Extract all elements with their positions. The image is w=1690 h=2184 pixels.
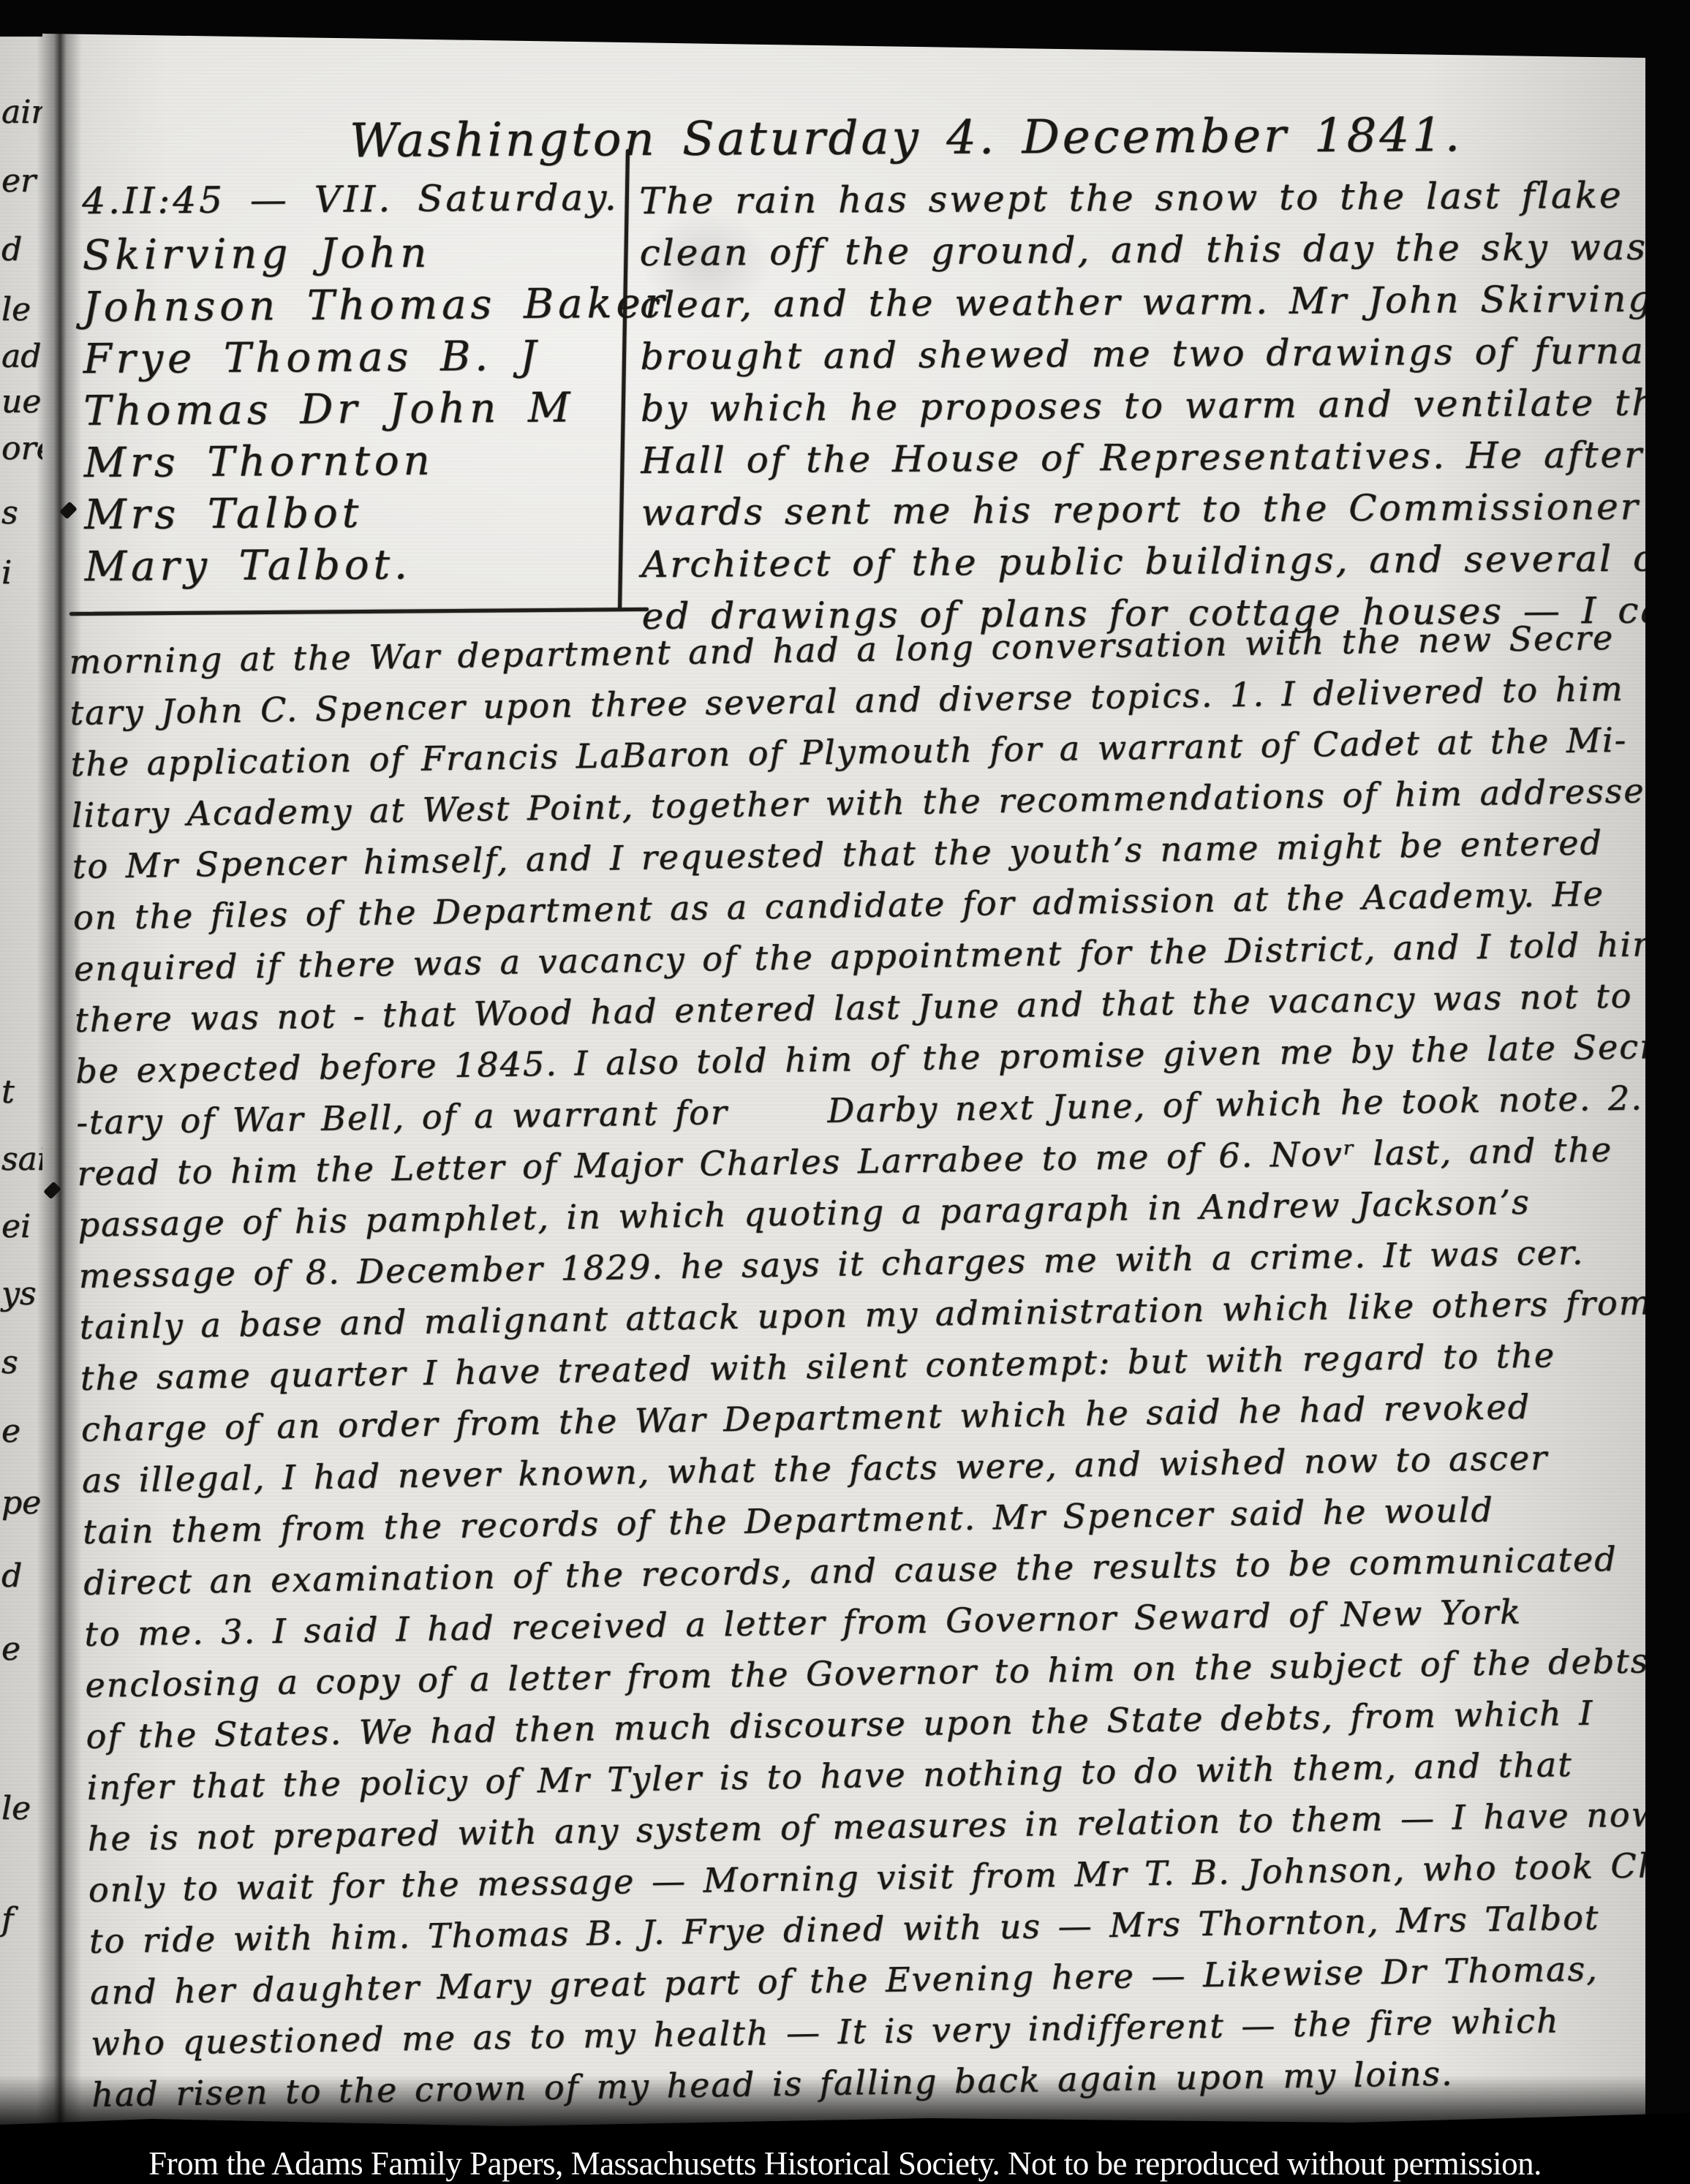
manuscript-line: clear, and the weather warm. Mr John Ski… xyxy=(640,278,1649,336)
visitor-name-line: Mary Talbot. xyxy=(84,539,671,595)
edge-fragment: le xyxy=(1,291,31,328)
manuscript-line: by which he proposes to warm and ventila… xyxy=(641,382,1650,439)
archive-caption: From the Adams Family Papers, Massachuse… xyxy=(0,2145,1690,2183)
edge-fragment: f xyxy=(1,1901,13,1938)
edge-fragment: d xyxy=(1,231,22,268)
page-bottom-shadow xyxy=(0,2075,1690,2126)
manuscript-line: brought and shewed me two drawings of fu… xyxy=(640,330,1649,388)
caption-bar: From the Adams Family Papers, Massachuse… xyxy=(0,2113,1690,2184)
edge-fragment: er xyxy=(1,162,36,200)
edge-fragment: t xyxy=(1,1073,15,1111)
edge-fragment: i xyxy=(1,554,12,592)
edge-fragment: pe xyxy=(1,1484,41,1522)
gutter-shadow xyxy=(37,0,82,2184)
manuscript-line: clean off the ground, and this day the s… xyxy=(639,226,1648,284)
margin-visitor-list: 4.II:45 — VII. Saturday. Skirving John J… xyxy=(82,175,671,595)
edge-fragment: s xyxy=(1,1344,18,1381)
manuscript-line: The rain has swept the snow to the last … xyxy=(639,174,1648,232)
visitor-name-line: Mrs Talbot xyxy=(84,487,671,543)
visitor-name-line: Johnson Thomas Baker xyxy=(83,279,669,336)
visitor-name-line: Mrs Thornton xyxy=(83,435,670,491)
visitor-name-line: Skirving John xyxy=(82,227,668,284)
edge-fragment: ue xyxy=(1,383,41,420)
visitor-name-line: Thomas Dr John M xyxy=(83,383,670,439)
manuscript-line: Hall of the House of Representatives. He… xyxy=(641,434,1650,491)
visitor-name-line: Frye Thomas B. J xyxy=(83,331,669,388)
entry-body: morning at the War department and had a … xyxy=(69,617,1664,2126)
edge-fragment: ei xyxy=(1,1208,31,1245)
edge-fragment: ys xyxy=(1,1275,36,1312)
edge-fragment: e xyxy=(1,1631,20,1668)
edge-fragment: e xyxy=(1,1413,20,1450)
manuscript-line: Architect of the public buildings, and s… xyxy=(641,537,1651,595)
scan-border-right xyxy=(1645,0,1690,2184)
margin-time-line: 4.II:45 — VII. Saturday. xyxy=(82,175,668,232)
edge-fragment: d xyxy=(1,1557,22,1595)
edge-fragment: s xyxy=(1,494,18,532)
edge-fragment: le xyxy=(1,1790,31,1827)
manuscript-line: wards sent me his report to the Commissi… xyxy=(641,485,1651,543)
entry-first-column: The rain has swept the snow to the last … xyxy=(639,174,1651,647)
edge-fragment: ad xyxy=(1,338,41,375)
manuscript-scan-page: ain er d le ad ue ore s i t sai ei ys s … xyxy=(0,0,1690,2184)
scan-border-corner xyxy=(0,0,42,37)
entry-date-heading: Washington Saturday 4. December 1841. xyxy=(350,108,1463,168)
